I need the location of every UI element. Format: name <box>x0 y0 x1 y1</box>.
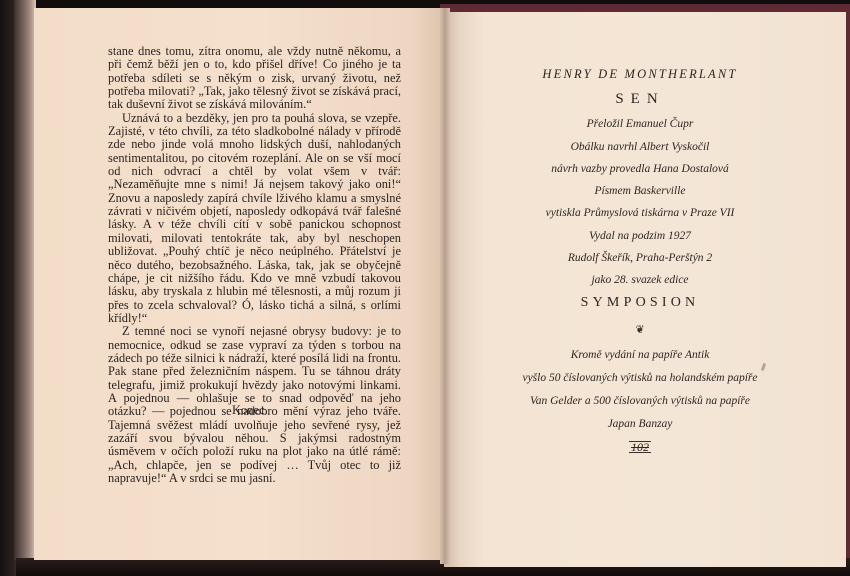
credit-line: Rudolf Škeřík, Praha-Perštýn 2 <box>500 252 780 264</box>
edition-note: vyšlo 50 číslovaných výtisků na holandsk… <box>500 372 780 384</box>
credit-line: Přeložil Emanuel Čupr <box>500 118 780 130</box>
author-name: HENRY DE MONTHERLANT <box>500 67 780 82</box>
paragraph: stane dnes tomu, zítra onomu, ale vždy n… <box>108 45 401 112</box>
book-gutter <box>440 8 450 564</box>
copy-number: 102 <box>629 441 651 453</box>
credit-line: návrh vazby provedla Hana Dostalová <box>500 163 780 175</box>
colophon: HENRY DE MONTHERLANT SEN Přeložil Emanue… <box>500 64 780 456</box>
book-title: SEN <box>500 91 780 108</box>
end-marker: Konec. <box>232 403 268 418</box>
credit-line: jako 28. svazek edice <box>500 274 780 286</box>
edition-note: Kromě vydání na papíře Antik <box>500 349 780 361</box>
book-board-left <box>14 0 36 560</box>
edition-note: Japan Banzay <box>500 418 780 430</box>
paragraph: Uznává to a bezděky, jen pro ta pouhá sl… <box>108 112 401 326</box>
edition-note: Van Gelder a 500 číslovaných výtisků na … <box>500 395 780 407</box>
credit-line: vytiskla Průmyslová tiskárna v Praze VII <box>500 207 780 219</box>
fleuron-ornament-icon: ❦ <box>500 323 780 336</box>
credit-line: Obálku navrhl Albert Vyskočil <box>500 141 780 153</box>
open-book-spread: stane dnes tomu, zítra onomu, ale vždy n… <box>0 0 850 576</box>
credit-line: Písmem Baskerville <box>500 185 780 197</box>
left-page-body-text: stane dnes tomu, zítra onomu, ale vždy n… <box>108 45 401 485</box>
series-name: SYMPOSION <box>500 295 780 311</box>
credit-line: Vydal na podzim 1927 <box>500 230 780 242</box>
